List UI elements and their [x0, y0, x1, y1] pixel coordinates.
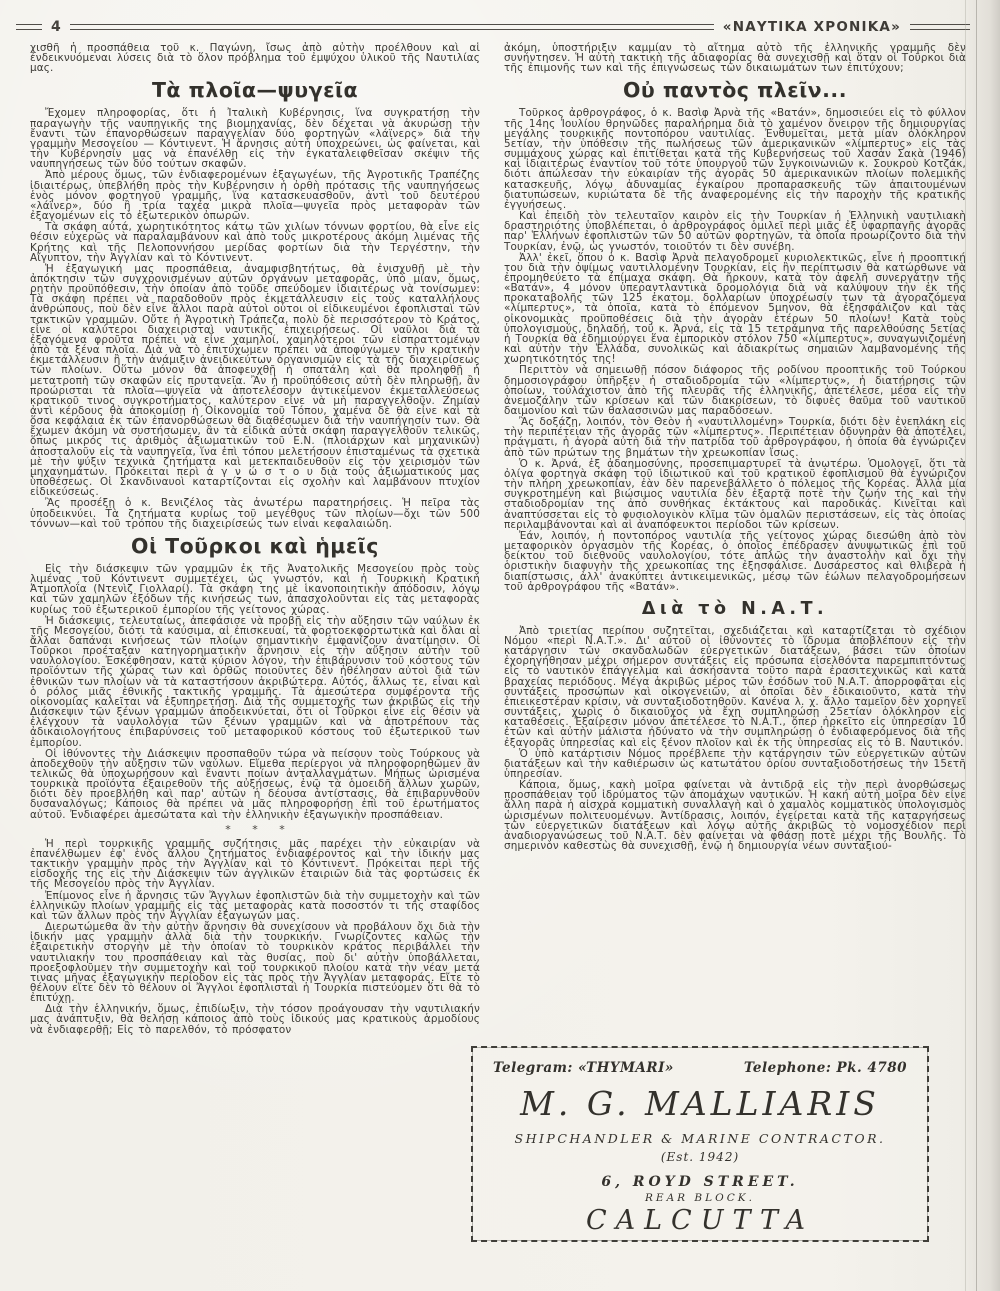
paragraph: Ὁ κ. Ἀρνά, ἐξ ἀδαημοσύνης, προσεπιμαρτυρ… — [504, 459, 966, 530]
ad-tagline: SHIPCHANDLER & MARINE CONTRACTOR. — [493, 1131, 907, 1146]
asterisk-separator: * * * — [39, 823, 480, 836]
header-rule-left — [16, 24, 42, 30]
page-header: 4 «ΝΑΥΤΙΚΑ ΧΡΟΝΙΚΑ» — [16, 19, 970, 35]
header-rule-right — [910, 24, 970, 30]
paragraph: Διερωτώμεθα ἂν τὴν αὐτὴν ἄρνησιν θὰ συνε… — [30, 922, 480, 1003]
paragraph: Ἐάν, λοιπόν, ἡ ποντοπόρος ναυτιλία τῆς γ… — [504, 531, 966, 592]
paragraph-continuation: χισθῆ ἡ προσπάθεια τοῦ κ. Παγώνη, ἴσως ἀ… — [30, 43, 480, 73]
section-heading-nat: Διὰ τὸ Ν.Α.Τ. — [504, 599, 966, 619]
right-column: ἀκόμη, ὑποστήριξιν καμμίαν τὸ αἴτημα αὐτ… — [504, 43, 966, 852]
ad-address-block: REAR BLOCK. — [493, 1192, 907, 1204]
paragraph: Ἀπὸ τριετίας περίπου συζητεῖται, σχεδιάζ… — [504, 626, 966, 748]
paragraph: Οἱ ἰθύνοντες τὴν Διάσκεψιν προσπαθοῦν τώ… — [30, 749, 480, 820]
ad-established: (Est. 1942) — [493, 1150, 907, 1164]
paragraph: Διὰ τὴν ἑλληνικήν, ὅμως, ἐπιδίωξιν, τὴν … — [30, 1004, 480, 1034]
ad-company-name: M. G. MALLIARIS — [493, 1084, 907, 1123]
ad-telegram-value: «THYMARI» — [578, 1060, 674, 1076]
section-heading-ou-pantos-plein: Οὐ παντὸς πλεῖν... — [504, 78, 966, 102]
paragraph: Ἂς δοξάζῃ, λοιπόν, τὸν Θεὸν ἡ «ναυτιλλομ… — [504, 417, 966, 458]
paragraph-continuation: ἀκόμη, ὑποστήριξιν καμμίαν τὸ αἴτημα αὐτ… — [504, 43, 966, 73]
ad-telephone-value: Pk. 4780 — [837, 1060, 907, 1076]
ad-contact-row: Telegram: «THYMARI» Telephone: Pk. 4780 — [493, 1060, 907, 1076]
paragraph: Ἡ διάσκεψις, τελευταίως, ἀπεφάσισε νὰ πρ… — [30, 616, 480, 748]
paragraph: Κάποια, ὅμως, κακὴ μοῖρα φαίνεται νὰ ἀντ… — [504, 780, 966, 851]
ad-address-street: 6, ROYD STREET. — [493, 1174, 907, 1190]
paragraph: Ἡ ἐξαγωγική μας προσπάθεια, ἀναμφισβητήτ… — [30, 264, 480, 498]
ad-telegram-label: Telegram: — [493, 1060, 573, 1076]
paragraph: Εἰς τὴν διάσκεψιν τῶν γραμμῶν ἐκ τῆς Ἀνα… — [30, 564, 480, 615]
paragraph: Ἔχομεν πληροφορίας, ὅτι ἡ Ἰταλικὴ Κυβέρν… — [30, 108, 480, 169]
magazine-page: 4 «ΝΑΥΤΙΚΑ ΧΡΟΝΙΚΑ» χισθῆ ἡ προσπάθεια τ… — [0, 0, 1000, 1291]
paragraph: Ὁ ὑπὸ κατάρτισιν Νόμος προέβλεπε τὴν κατ… — [504, 749, 966, 779]
paragraph: Ἀλλ' ἐκεῖ, ὅπου ὁ κ. Βασὶφ Ἀρνὰ πελαγοδρ… — [504, 253, 966, 365]
ad-city: CALCUTTA — [493, 1205, 907, 1236]
paragraph: Τοῦρκος ἀρθρογράφος, ὁ κ. Βασὶφ Ἀρνὰ τῆς… — [504, 108, 966, 210]
ad-telephone-label: Telephone: — [744, 1060, 831, 1076]
paragraph: Ἀπὸ μέρους ὅμως, τῶν ἐνδιαφερομένων ἐξαγ… — [30, 170, 480, 221]
left-column: χισθῆ ἡ προσπάθεια τοῦ κ. Παγώνη, ἴσως ἀ… — [30, 43, 480, 1036]
ad-telegram: Telegram: «THYMARI» — [493, 1060, 674, 1076]
advertisement-malliaris: Telegram: «THYMARI» Telephone: Pk. 4780 … — [471, 1046, 929, 1242]
masthead-title: «ΝΑΥΤΙΚΑ ΧΡΟΝΙΚΑ» — [723, 19, 901, 35]
paragraph: Καὶ ἐπειδὴ τὸν τελευταῖον καιρὸν εἰς τὴν… — [504, 211, 966, 252]
paragraph: Περιττὸν νὰ σημειωθῇ πόσον διάφορος τῆς … — [504, 365, 966, 416]
paragraph: Ἂς προσέξῃ ὁ κ. Βενιζέλος τὰς ἀνωτέρω πα… — [30, 498, 480, 528]
page-number: 4 — [51, 19, 61, 35]
ad-telephone: Telephone: Pk. 4780 — [744, 1060, 907, 1076]
section-heading-turks-and-us: Οἱ Τοῦρκοι καὶ ἡμεῖς — [30, 534, 480, 558]
paragraph: Τὰ σκάφη αὐτά, χωρητικότητος κάτω τῶν χι… — [30, 222, 480, 263]
section-heading-ships-refrigerators: Τὰ πλοῖα—ψυγεῖα — [30, 78, 480, 102]
header-rule-middle — [70, 24, 714, 30]
paragraph: Ἐπίμονος εἶνε ἡ ἄρνησις τῶν Ἄγγλων ἐφοπλ… — [30, 891, 480, 921]
paragraph: Ἡ περὶ τουρκικῆς γραμμῆς συζήτησις μᾶς π… — [30, 839, 480, 890]
page-edge-line — [976, 0, 977, 1291]
page-edge-shadow — [965, 0, 966, 1291]
